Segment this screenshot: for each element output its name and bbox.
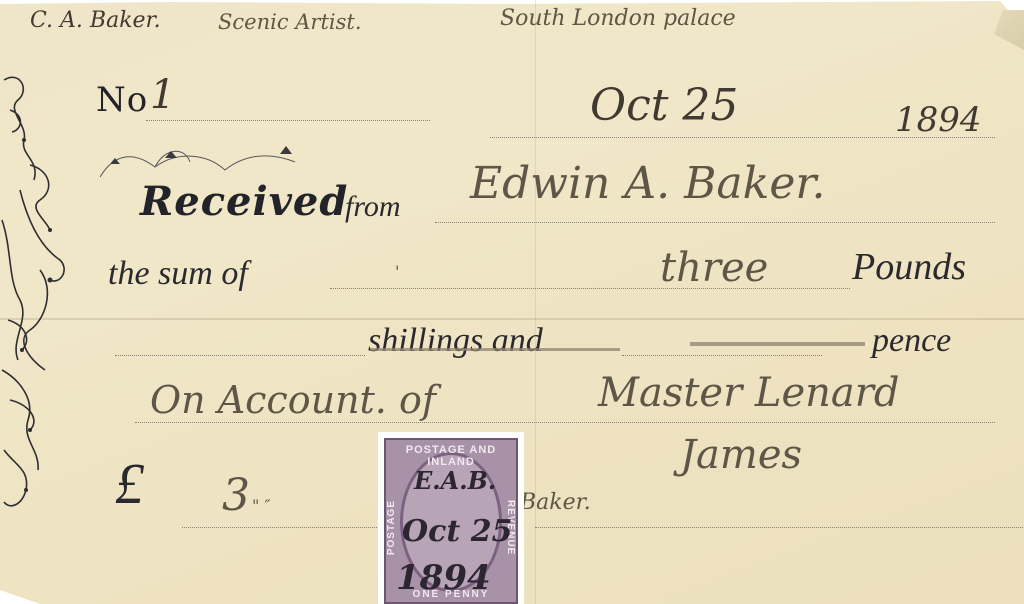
account-name-line1: Master Lenard	[598, 370, 899, 416]
account-name-line2: James	[680, 432, 802, 478]
stamp-cancel-initials: E.A.B.	[414, 466, 496, 495]
received-label: Received	[140, 178, 348, 225]
header-note-venue: South London palace	[500, 6, 736, 31]
sum-dotted-line	[330, 288, 850, 289]
stamp-left-text: POSTAGE	[386, 500, 397, 555]
from-name: Edwin A. Baker.	[470, 158, 826, 209]
amount-value: 3	[222, 470, 250, 521]
header-note-occupation: Scenic Artist.	[218, 10, 362, 34]
account-prefix: On Account. of	[150, 378, 436, 422]
from-label: from	[345, 190, 401, 224]
date-dotted-line	[490, 137, 995, 138]
shillings-dotted-line-left	[115, 355, 365, 356]
signature-dotted-line	[535, 527, 1024, 528]
receipt-number: 1	[150, 72, 175, 118]
number-dotted-line	[146, 120, 430, 121]
sum-mark: '	[395, 262, 399, 281]
pounds-label: Pounds	[852, 245, 966, 289]
date-month-day: Oct 25	[590, 80, 738, 131]
pence-label: pence	[872, 322, 951, 360]
amount-suffix: " ″	[252, 496, 270, 515]
number-label: No	[96, 80, 148, 120]
flourish-icon	[95, 142, 335, 182]
amount-dotted-line	[182, 527, 377, 528]
fold-crease-horizontal	[0, 318, 1024, 320]
amount-symbol: £	[115, 450, 144, 517]
from-dotted-line	[435, 222, 995, 223]
header-note-name: C. A. Baker.	[30, 8, 161, 33]
account-dotted-line	[135, 422, 995, 423]
date-year: 1894	[895, 100, 982, 140]
stamp-top-text: POSTAGE AND INLAND	[386, 444, 516, 468]
stamp-frame: POSTAGE AND INLAND POSTAGE REVENUE ONE P…	[384, 438, 518, 604]
shillings-strikethrough	[370, 348, 620, 351]
signature-fragment: Baker.	[520, 490, 591, 515]
sum-pounds-value: three	[660, 245, 768, 291]
pence-dash	[690, 342, 865, 346]
shillings-label: shillings and	[368, 322, 543, 360]
sum-label: the sum of	[108, 255, 248, 293]
stamp-cancel-year: 1894	[396, 558, 491, 598]
revenue-stamp: POSTAGE AND INLAND POSTAGE REVENUE ONE P…	[378, 432, 524, 604]
pence-dotted-line	[622, 355, 822, 356]
ornamental-border-icon	[0, 70, 72, 515]
stamp-cancel-date: Oct 25	[402, 514, 512, 549]
